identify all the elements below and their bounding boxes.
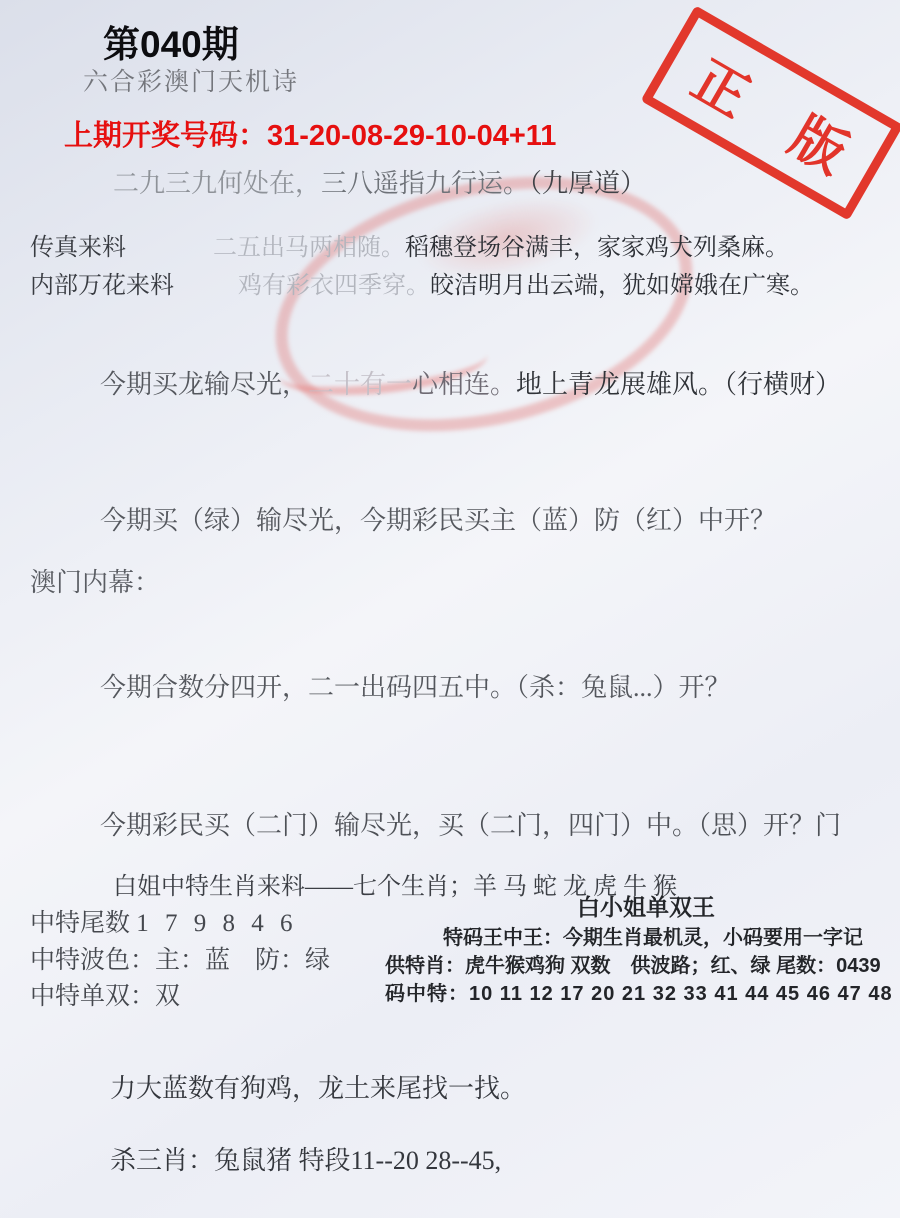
zhongte-wave-label: 中特波色： (30, 947, 155, 974)
fax-row1-faded-part: 二五出马两相随。 (213, 235, 405, 261)
poem-part-1: 二九三九何处在， (113, 169, 321, 198)
zhongte-tail-label: 中特尾数 (30, 910, 130, 937)
fax-row1-dark-part: 稻穗登场谷满丰，家家鸡犬列桑麻。 (405, 235, 789, 261)
tip-line-4: 今期彩民买（二门）输尽光，买（二门，四门）中。（思）开？门 (100, 805, 841, 842)
tip-line-3: 今期合数分四开，二一出码四五中。（杀：兔鼠...）开？ (100, 667, 731, 704)
baixiaojie-title: 白小姐单双王 (577, 889, 715, 922)
issue-title: 第040期 (103, 14, 239, 68)
previous-draw-value: 31-20-08-29-10-04+11 (267, 120, 556, 152)
previous-draw-numbers: 上期开奖号码：31-20-08-29-10-04+11 (64, 113, 556, 154)
tip1-part-4: 地上青龙展雄风。（行横财） (516, 370, 841, 399)
zhongte-tail-row: 中特尾数 1 7 9 8 4 6 (30, 903, 298, 939)
footer-line-1: 力大蓝数有狗鸡，龙土来尾找一找。 (110, 1068, 526, 1105)
poem-part-2: 三八遥指九行运。 (321, 169, 529, 198)
baixiaojie-line-2: 供特肖：虎牛猴鸡狗 双数 供波路；红、绿 尾数：0439 (385, 949, 881, 978)
tip1-part-3: 心相连。 (412, 370, 516, 399)
genuine-stamp: 正 版 (641, 5, 900, 220)
baixiaojie-line-1: 特码王中王：今期生肖最机灵，小码要用一字记 (443, 921, 863, 950)
zhongte-wave-value: 主：蓝 防：绿 (155, 947, 330, 974)
tip1-part-2: 二十有一 (308, 370, 412, 399)
tip1-part-1: 今期买龙输尽光， (100, 370, 308, 399)
poem-part-3: （九厚道） (529, 169, 646, 198)
previous-draw-label: 上期开奖号码： (64, 120, 267, 152)
page-subtitle: 六合彩澳门天机诗 (83, 62, 299, 98)
fax-row2-text: 鸡有彩衣四季穿。皎洁明月出云端，犹如嫦娥在广寒。 (238, 265, 814, 300)
tip-line-2: 今期买（绿）输尽光，今期彩民买主（蓝）防（红）中开？ (100, 500, 776, 537)
fax-row2-label: 内部万花来料 (30, 265, 174, 300)
footer-line-2: 杀三肖：兔鼠猪 特段11--20 28--45, (110, 1140, 501, 1177)
fax-row1-text: 二五出马两相随。稻穗登场谷满丰，家家鸡犬列桑麻。 (213, 227, 789, 262)
poem-line: 二九三九何处在，三八遥指九行运。（九厚道） (113, 163, 646, 200)
zhongte-oddeven-value: 双 (155, 983, 180, 1010)
baixiaojie-line-3: 码中特：10 11 12 17 20 21 32 33 41 44 45 46 … (385, 977, 893, 1006)
fax-row2-faded-part: 鸡有彩衣四季穿。 (238, 273, 430, 299)
genuine-stamp-text: 正 版 (661, 27, 882, 199)
tip-line-1: 今期买龙输尽光，二十有一心相连。地上青龙展雄风。（行横财） (100, 364, 841, 401)
zhongte-oddeven-row: 中特单双：双 (30, 976, 180, 1012)
fax-row1-label: 传真来料 (30, 227, 126, 262)
zhongte-oddeven-label: 中特单双： (30, 983, 155, 1010)
lottery-tip-sheet: 第040期 六合彩澳门天机诗 上期开奖号码：31-20-08-29-10-04+… (0, 0, 900, 1218)
zhongte-tail-value: 1 7 9 8 4 6 (136, 910, 297, 937)
zhongte-wave-row: 中特波色：主：蓝 防：绿 (30, 940, 330, 976)
macau-insider-label: 澳门内幕： (30, 562, 160, 599)
fax-row2-dark-part: 皎洁明月出云端，犹如嫦娥在广寒。 (430, 273, 814, 299)
